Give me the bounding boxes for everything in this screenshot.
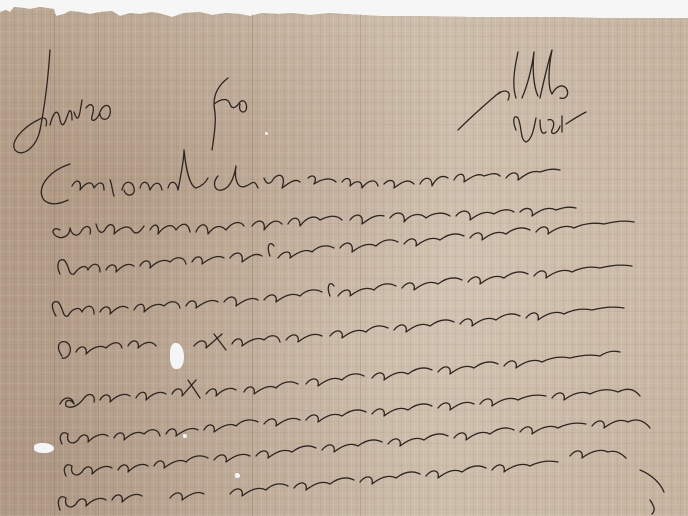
handwriting-address-middle <box>212 78 247 150</box>
handwriting-address-left <box>14 50 110 153</box>
handwriting-body <box>41 150 664 514</box>
handwriting-address-right <box>458 50 586 142</box>
photo-stage: domino suo sollio vitali <box>0 0 688 516</box>
cursive-script <box>0 0 688 516</box>
